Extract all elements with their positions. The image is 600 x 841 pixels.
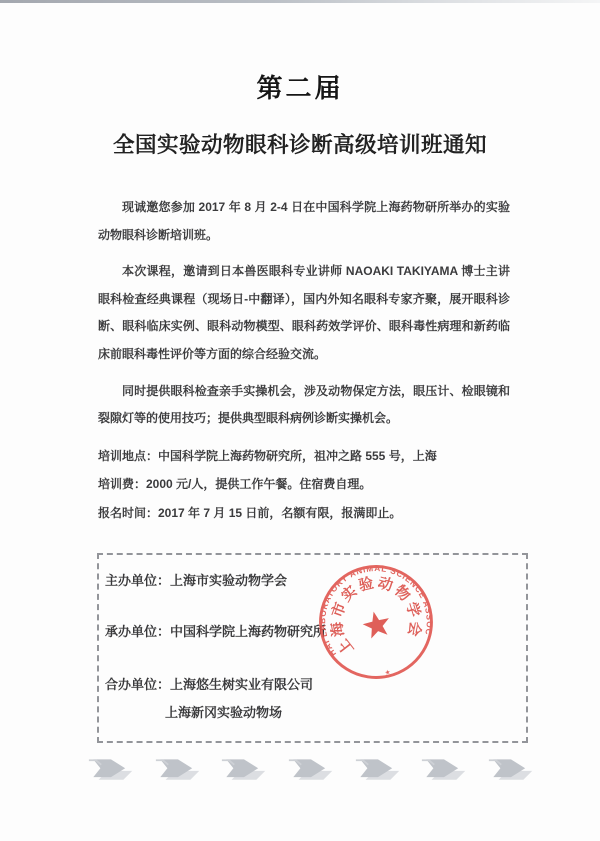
organizer-host-label: 主办单位：	[105, 573, 170, 588]
detail-deadline: 报名时间：2017 年 7 月 15 日前，名额有限，报满即止。	[98, 499, 510, 528]
scanned-notice-page: 第二届 全国实验动物眼科诊断高级培训班通知 现诚邀您参加 2017 年 8 月 …	[0, 0, 600, 841]
seal-bottom-star-icon: ★	[384, 669, 391, 677]
organizer-co-organizer: 合办单位：上海悠生树实业有限公司	[105, 675, 526, 695]
fast-forward-arrow-icon	[488, 756, 534, 784]
organizer-co-organizer-label: 合办单位：	[105, 677, 170, 692]
training-details: 培训地点：中国科学院上海药物研究所，祖冲之路 555 号，上海 培训费：2000…	[98, 442, 510, 528]
decorative-arrow-row	[88, 755, 534, 785]
detail-fee: 培训费：2000 元/人，提供工作午餐。住宿费自理。	[98, 470, 510, 499]
fast-forward-arrow-icon	[355, 756, 401, 784]
page-subtitle: 全国实验动物眼科诊断高级培训班通知	[0, 128, 600, 159]
organizer-undertaker-label: 承办单位：	[105, 624, 170, 639]
scan-artifact-line	[0, 0, 600, 3]
page-title: 第二届	[0, 68, 600, 105]
paragraph-course-intro: 本次课程，邀请到日本兽医眼科专业讲师 NAOAKI TAKIYAMA 博士主讲眼…	[98, 258, 510, 368]
organizer-co-organizer-value: 上海悠生树实业有限公司	[170, 677, 313, 692]
fast-forward-arrow-icon	[88, 756, 134, 784]
fast-forward-arrow-icon	[221, 756, 267, 784]
document-body: 现诚邀您参加 2017 年 8 月 2-4 日在中国科学院上海药物研所举办的实验…	[98, 194, 510, 527]
paragraph-invitation: 现诚邀您参加 2017 年 8 月 2-4 日在中国科学院上海药物研所举办的实验…	[98, 194, 510, 249]
organizer-host-value: 上海市实验动物学会	[170, 573, 287, 588]
organizer-co-organizer-2: 上海新冈实验动物场	[105, 703, 526, 723]
paragraph-practice: 同时提供眼科检查亲手实操机会，涉及动物保定方法，眼压计、检眼镜和裂隙灯等的使用技…	[98, 378, 510, 433]
seal-star-icon	[361, 609, 393, 640]
fast-forward-arrow-icon	[155, 756, 201, 784]
fast-forward-arrow-icon	[421, 756, 467, 784]
organizer-undertaker-value: 中国科学院上海药物研究所	[170, 624, 326, 639]
detail-location: 培训地点：中国科学院上海药物研究所，祖冲之路 555 号，上海	[98, 442, 510, 471]
fast-forward-arrow-icon	[288, 756, 334, 784]
